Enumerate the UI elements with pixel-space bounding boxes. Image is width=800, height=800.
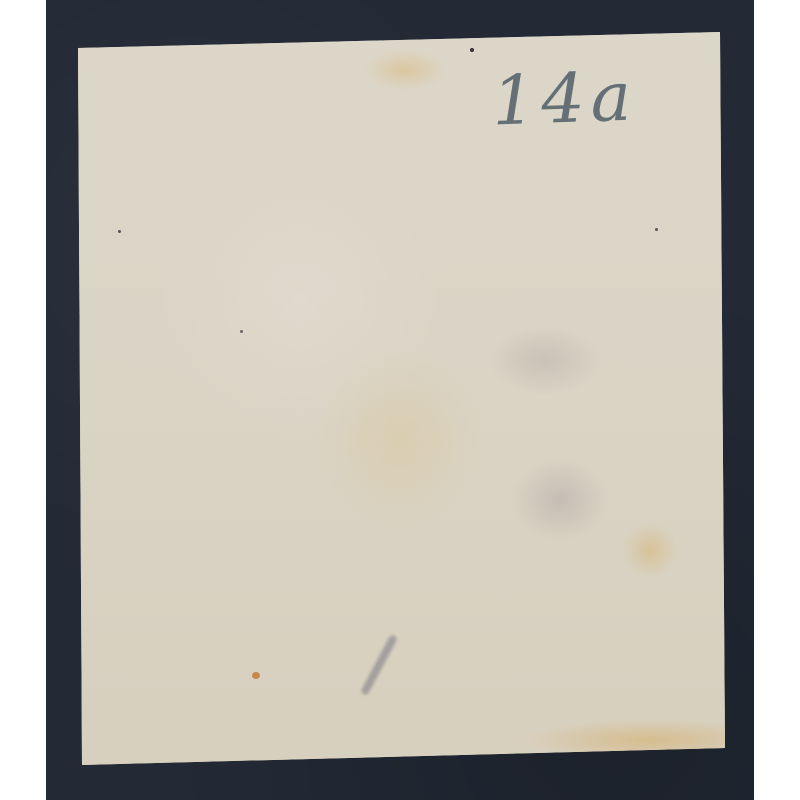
paper-texture bbox=[0, 0, 800, 800]
dark-speck bbox=[118, 230, 121, 233]
dark-speck bbox=[655, 228, 658, 231]
orange-speck bbox=[252, 672, 260, 679]
stamp-back: 14a bbox=[0, 0, 800, 800]
dark-speck bbox=[470, 48, 474, 52]
dark-speck bbox=[240, 330, 243, 333]
catalog-number-annotation: 14a bbox=[491, 57, 639, 141]
